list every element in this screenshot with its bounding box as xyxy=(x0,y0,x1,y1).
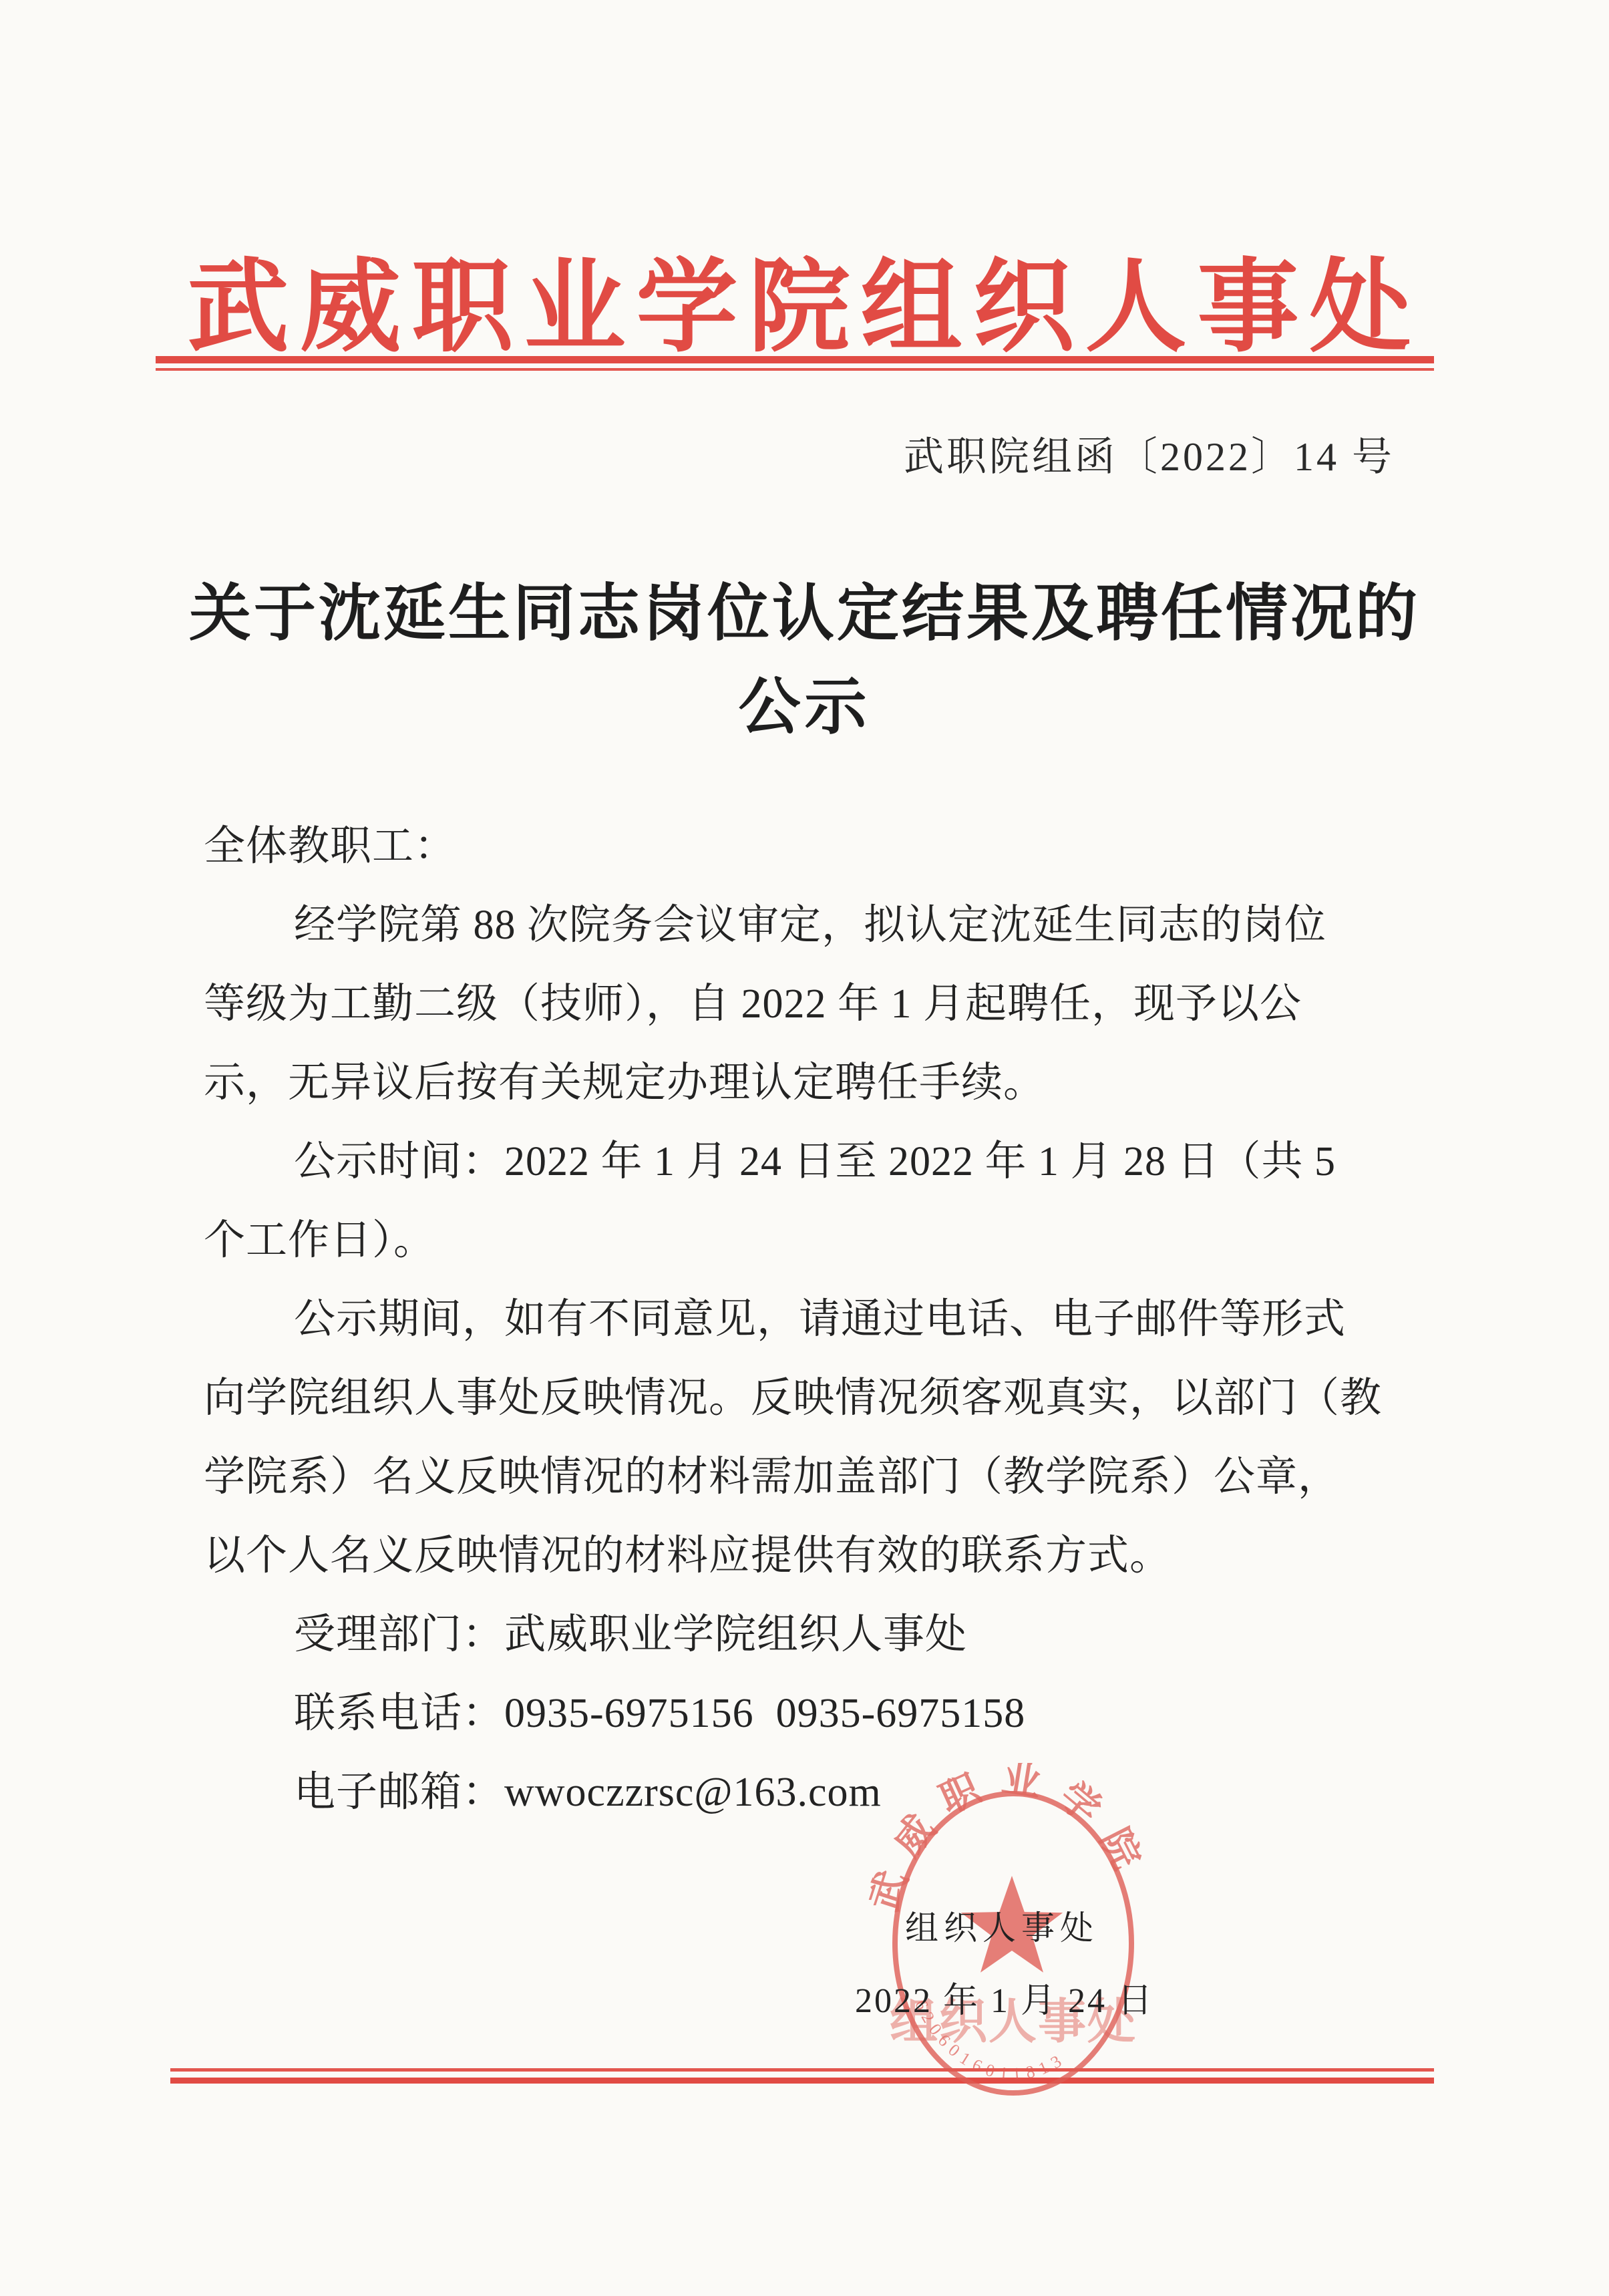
body-line: 个工作日）。 xyxy=(204,1201,1413,1280)
body-line: 公示期间，如有不同意见，请通过电话、电子邮件等形式 xyxy=(204,1280,1413,1359)
body-line: 示，无异议后按有关规定办理认定聘任手续。 xyxy=(204,1043,1413,1122)
body-lines: 全体教职工：经学院第 88 次院务会议审定，拟认定沈延生同志的岗位等级为工勤二级… xyxy=(204,807,1413,1832)
document-title-line2: 公示 xyxy=(0,661,1609,755)
body-line: 全体教职工： xyxy=(204,807,1413,886)
letterhead-divider xyxy=(156,356,1434,371)
divider-thin-line xyxy=(156,368,1434,371)
footer-divider-thick-line xyxy=(170,2078,1434,2084)
body-line: 以个人名义反映情况的材料应提供有效的联系方式。 xyxy=(204,1516,1413,1595)
document-title: 关于沈延生同志岗位认定结果及聘任情况的 公示 xyxy=(0,568,1609,755)
divider-thick-line xyxy=(156,356,1434,363)
signature-date: 2022 年 1 月 24 日 xyxy=(855,1972,1154,2022)
signature-department: 组织人事处 xyxy=(905,1901,1099,1949)
body-line: 等级为工勤二级（技师），自 2022 年 1 月起聘任，现予以公 xyxy=(204,965,1413,1043)
body-line: 公示时间：2022 年 1 月 24 日至 2022 年 1 月 28 日（共 … xyxy=(204,1122,1413,1201)
document-number: 武职院组函〔2022〕14 号 xyxy=(904,425,1395,482)
letterhead-org-title: 武威职业学院组织人事处 xyxy=(0,226,1609,371)
document-title-line1: 关于沈延生同志岗位认定结果及聘任情况的 xyxy=(0,568,1609,661)
body-line: 向学院组织人事处反映情况。反映情况须客观真实，以部门（教 xyxy=(204,1359,1413,1438)
body-line: 电子邮箱：wwoczzrsc@163.com xyxy=(204,1753,1413,1832)
body-line: 经学院第 88 次院务会议审定，拟认定沈延生同志的岗位 xyxy=(204,886,1413,965)
footer-divider xyxy=(170,2068,1434,2084)
body-line: 受理部门：武威职业学院组织人事处 xyxy=(204,1595,1413,1674)
body-line: 学院系）名义反映情况的材料需加盖部门（教学院系）公章， xyxy=(204,1438,1413,1516)
body-line: 联系电话：0935-6975156 0935-6975158 xyxy=(204,1674,1413,1753)
footer-divider-thin-line xyxy=(170,2068,1434,2072)
document-page: { "colors": { "accent_red": "#e14b44", "… xyxy=(0,0,1609,2296)
